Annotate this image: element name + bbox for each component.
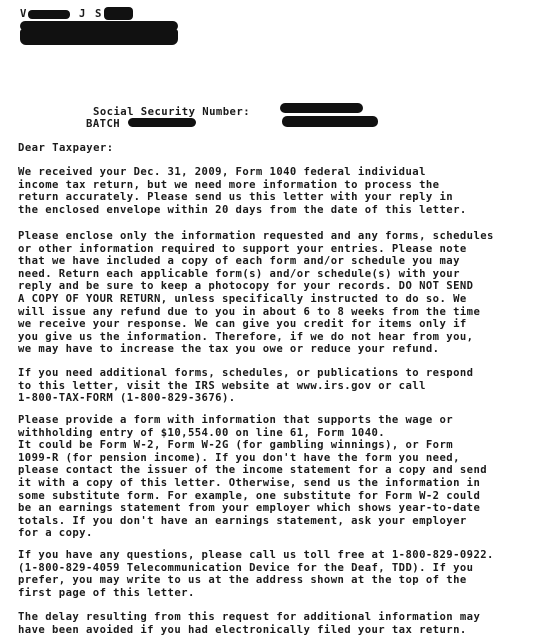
text-line: If you have any questions, please call u… (18, 549, 494, 562)
text-line: income tax return, but we need more info… (18, 179, 467, 192)
redaction-batch (128, 118, 196, 127)
irs-letter: V J S Social Security Number: BATCH Dear… (0, 0, 555, 638)
text-line: that we have included a copy of each for… (18, 255, 494, 268)
paragraph-electronic-filing-note: The delay resulting from this request fo… (18, 611, 480, 636)
text-line: 1-800-TAX-FORM (1-800-829-3676). (18, 392, 473, 405)
text-line: have been avoided if you had electronica… (18, 624, 480, 637)
redaction-first-name (28, 10, 70, 19)
text-line: (1-800-829-4059 Telecommunication Device… (18, 562, 494, 575)
text-line: It could be Form W-2, Form W-2G (for gam… (18, 439, 487, 452)
text-line: you give us the information. Therefore, … (18, 331, 494, 344)
text-line: totals. If you don't have an earnings st… (18, 515, 487, 528)
text-line: for a copy. (18, 527, 487, 540)
recipient-first-initial: V (20, 8, 27, 21)
text-line: be an earnings statement from your emplo… (18, 502, 487, 515)
text-line: The delay resulting from this request fo… (18, 611, 480, 624)
text-line: 1099-R (for pension income). If you don'… (18, 452, 487, 465)
paragraph-enclose-instructions: Please enclose only the information requ… (18, 230, 494, 356)
text-line: A COPY OF YOUR RETURN, unless specifical… (18, 293, 494, 306)
text-line: will issue any refund due to you in abou… (18, 306, 494, 319)
salutation: Dear Taxpayer: (18, 142, 114, 155)
redaction-address-line-2 (20, 29, 178, 45)
text-line: withholding entry of $10,554.00 on line … (18, 427, 487, 440)
paragraph-additional-forms: If you need additional forms, schedules,… (18, 367, 473, 405)
recipient-middle-initial: J (79, 8, 86, 21)
recipient-last-initial: S (95, 8, 102, 21)
text-line: we may have to increase the tax you owe … (18, 343, 494, 356)
paragraph-wage-documentation: Please provide a form with information t… (18, 414, 487, 540)
text-line: Please enclose only the information requ… (18, 230, 494, 243)
redaction-ssn (280, 103, 363, 113)
text-line: If you need additional forms, schedules,… (18, 367, 473, 380)
text-line: to this letter, visit the IRS website at… (18, 380, 473, 393)
text-line: reply and be sure to keep a photocopy fo… (18, 280, 494, 293)
text-line: or other information required to support… (18, 243, 494, 256)
text-line: we receive your response. We can give yo… (18, 318, 494, 331)
batch-label: BATCH (86, 118, 120, 131)
paragraph-questions-contact: If you have any questions, please call u… (18, 549, 494, 599)
redaction-ssn-2 (282, 116, 378, 127)
text-line: need. Return each applicable form(s) and… (18, 268, 494, 281)
text-line: return accurately. Please send us this l… (18, 191, 467, 204)
text-line: prefer, you may write to us at the addre… (18, 574, 494, 587)
paragraph-return-received: We received your Dec. 31, 2009, Form 104… (18, 166, 467, 216)
text-line: the enclosed envelope within 20 days fro… (18, 204, 467, 217)
text-line: it with a copy of this letter. Otherwise… (18, 477, 487, 490)
redaction-last-name (104, 7, 133, 20)
text-line: first page of this letter. (18, 587, 494, 600)
text-line: We received your Dec. 31, 2009, Form 104… (18, 166, 467, 179)
text-line: some substitute form. For example, one s… (18, 490, 487, 503)
text-line: Please provide a form with information t… (18, 414, 487, 427)
text-line: please contact the issuer of the income … (18, 464, 487, 477)
